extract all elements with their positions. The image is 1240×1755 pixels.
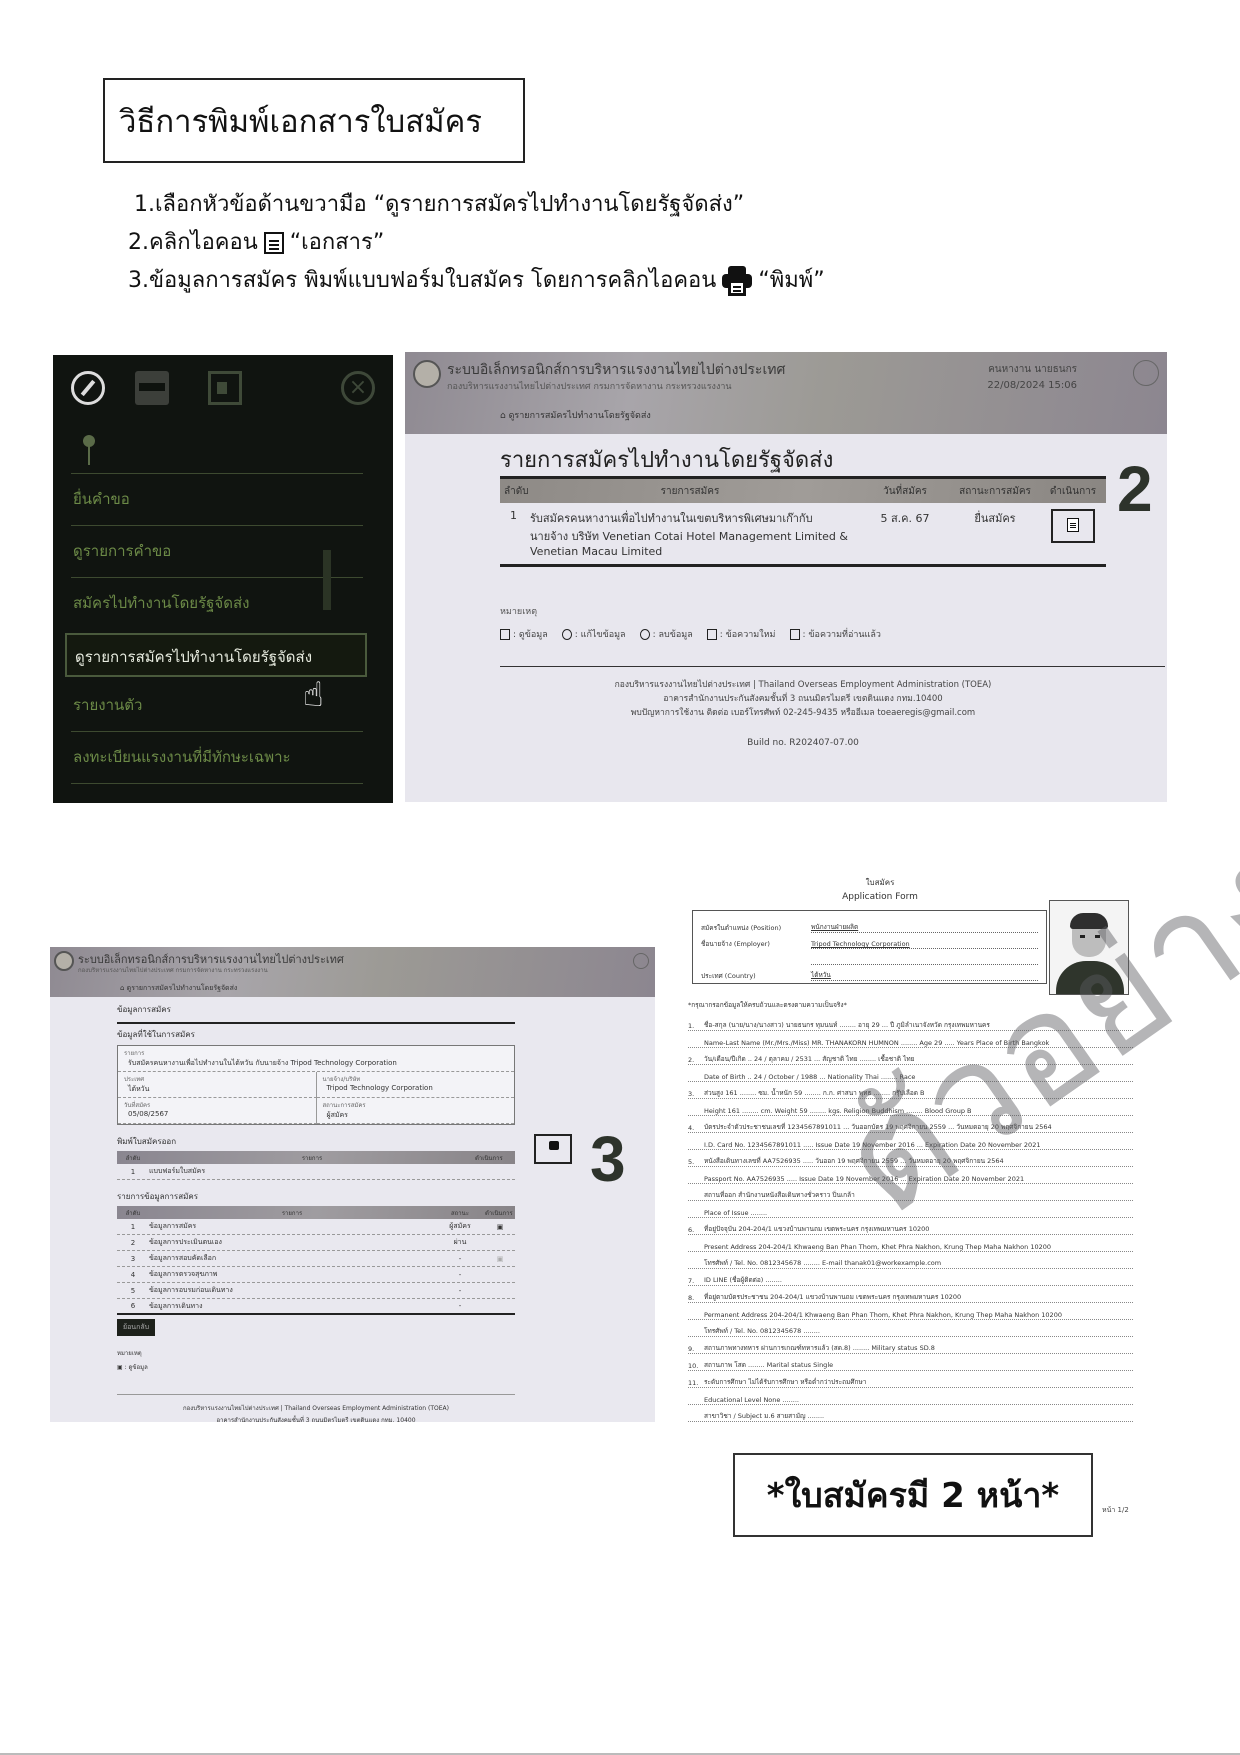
step-1-text: 1.เลือกหัวข้อด้านขวามือ “ดูรายการสมัครไป… (134, 186, 744, 224)
header-banner: ระบบอิเล็กทรอนิกส์การบริหารแรงงานไทยไปต่… (405, 352, 1167, 434)
page-indicator: หน้า 1/2 (1102, 1505, 1129, 1516)
applicant-photo (1049, 900, 1129, 995)
step-marker-3: 3 (590, 1122, 626, 1196)
table-row: 4ข้อมูลการตรวจสุขภาพ- (117, 1267, 515, 1283)
step-1: 1.เลือกหัวข้อด้านขวามือ “ดูรายการสมัครไป… (128, 186, 825, 224)
form-lines: 1.ชื่อ-สกุล (นาย/นาง/นางสาว) นายธนกร ทุม… (688, 1014, 1133, 1422)
apply-info-box: รายการรับสมัครคนหางานเพื่อไปทำงานในไต้หว… (117, 1045, 515, 1125)
step-3-prefix: 3.ข้อมูลการสมัคร พิมพ์แบบฟอร์มใบสมัคร โด… (128, 262, 716, 300)
inbox-icon[interactable] (135, 371, 169, 405)
new-message-icon (707, 629, 717, 640)
print-button[interactable] (534, 1134, 572, 1164)
table-row: 1ข้อมูลการสมัครผู้สมัคร▣ (117, 1219, 515, 1235)
form-title-en: Application Form (680, 892, 1080, 902)
form-line: 4.บัตรประจำตัวประชาชนเลขที่ 123456789101… (688, 1116, 1133, 1133)
sidebar-item-view-applications[interactable]: ดูรายการสมัครไปทำงานโดยรัฐจัดส่ง (65, 633, 367, 677)
apply-section-title: ข้อมูลที่ใช้ในการสมัคร (117, 1028, 515, 1041)
read-message-icon (790, 629, 800, 640)
form-line: โทรศัพท์ / Tel. No. 0812345678 ........ (688, 1320, 1133, 1337)
legend-label: หมายเหตุ (500, 604, 537, 618)
footer-line-1: กองบริหารแรงงานไทยไปต่างประเทศ | Thailan… (500, 678, 1106, 692)
table-row: 6ข้อมูลการเดินทาง- (117, 1299, 515, 1315)
sidebar-item-view-requests[interactable]: ดูรายการคำขอ (73, 539, 171, 563)
sidebar-item-submit-request[interactable]: ยื่นคำขอ (73, 487, 130, 511)
form-line: I.D. Card No. 1234567891011 ..... Issue … (688, 1133, 1133, 1150)
sidebar-item-apply-state[interactable]: สมัครไปทำงานโดยรัฐจัดส่ง (73, 591, 249, 615)
print-section-title: พิมพ์ใบสมัครออก (117, 1135, 515, 1148)
form-line: 2.วัน/เดือน/ปีเกิด .. 24 / ตุลาคม / 2531… (688, 1048, 1133, 1065)
applications-table: ลำดับ รายการสมัคร วันที่สมัคร สถานะการสม… (500, 476, 1106, 567)
ministry-logo (413, 360, 441, 388)
form-line: โทรศัพท์ / Tel. No. 0812345678 ........ … (688, 1252, 1133, 1269)
system-title: ระบบอิเล็กทรอนิกส์การบริหารแรงงานไทยไปต่… (447, 359, 785, 381)
document-icon (264, 232, 284, 254)
build-number: Build no. R202407-07.00 (500, 738, 1106, 748)
form-line: Educational Level None ........ (688, 1388, 1133, 1405)
compass-icon[interactable] (71, 371, 105, 405)
close-icon[interactable]: × (341, 371, 375, 405)
application-form-preview: ใบสมัคร Application Form สมัครในตำแหน่ง … (680, 870, 1140, 1480)
table-header: ลำดับ รายการสมัคร วันที่สมัคร สถานะการสม… (500, 479, 1106, 503)
table-row: 2ข้อมูลการประเมินตนเองผ่าน (117, 1235, 515, 1251)
form-line: 6.ที่อยู่ปัจจุบัน 204-204/1 แขวงบ้านพานถ… (688, 1218, 1133, 1235)
user-name: คนหางาน นายธนกร (988, 362, 1077, 377)
breadcrumb[interactable]: ⌂ ดูรายการสมัครไปทำงานโดยรัฐจัดส่ง (120, 983, 237, 994)
sidebar-item-skilled-registration[interactable]: ลงทะเบียนแรงงานที่มีทักษะเฉพาะ (73, 745, 291, 769)
table-row: 3ข้อมูลการสอบคัดเลือก-▣ (117, 1251, 515, 1267)
sidebar-screenshot: × ยื่นคำขอ ดูรายการคำขอ สมัครไปทำงานโดยร… (53, 355, 393, 803)
id-card-icon[interactable] (208, 371, 242, 405)
pages-note: *ใบสมัครมี 2 หน้า* (733, 1453, 1093, 1537)
view-icon: ▣ (117, 1364, 123, 1371)
step-3-suffix: “พิมพ์” (758, 262, 824, 300)
step-3: 3.ข้อมูลการสมัคร พิมพ์แบบฟอร์มใบสมัคร โด… (128, 262, 825, 300)
form-line: Height 161 ........ cm. Weight 59 ......… (688, 1099, 1133, 1116)
delete-icon (640, 629, 650, 640)
form-header-box: สมัครในตำแหน่ง (Position)พนักงานฝ่ายผลิต… (692, 910, 1047, 984)
sidebar-item-report[interactable]: รายงานตัว (73, 693, 142, 717)
table-row: 1 รับสมัครคนหางานเพื่อไปทำงานในเขตบริหาร… (500, 503, 1106, 567)
logout-icon[interactable] (633, 953, 649, 969)
form-line: Permanent Address 204-204/1 Khwaeng Ban … (688, 1303, 1133, 1320)
logout-icon[interactable] (1133, 360, 1159, 386)
form-line: Present Address 204-204/1 Khwaeng Ban Ph… (688, 1235, 1133, 1252)
form-line: 3.ส่วนสูง 161 ........ ซม. น้ำหนัก 59 ..… (688, 1082, 1133, 1099)
printer-icon (549, 1141, 559, 1150)
instruction-steps: 1.เลือกหัวข้อด้านขวามือ “ดูรายการสมัครไป… (140, 186, 825, 300)
form-line: Passport No. AA7526935 ..... Issue Date … (688, 1167, 1133, 1184)
step-marker-2: 2 (1117, 452, 1153, 526)
print-row: 1แบบฟอร์มใบสมัคร (117, 1164, 515, 1180)
system-subtitle: กองบริหารแรงงานไทยไปต่างประเทศ กรมการจัด… (447, 379, 732, 393)
document-button[interactable] (1051, 509, 1095, 543)
edit-icon (562, 629, 572, 640)
form-line: Place of Issue ........ (688, 1201, 1133, 1218)
form-line: 9.สถานภาพทางทหาร ผ่านการเกณฑ์ทหารแล้ว (ส… (688, 1337, 1133, 1354)
form-note: *กรุณากรอกข้อมูลให้ครบถ้วนและตรงตามความเ… (688, 1000, 847, 1010)
view-icon[interactable]: ▣ (485, 1255, 515, 1263)
form-line: Date of Birth .. 24 / October / 1988 ...… (688, 1065, 1133, 1082)
form-line: 11.ระดับการศึกษา ไม่ได้รับการศึกษา หรือต… (688, 1371, 1133, 1388)
step-2-suffix: “เอกสาร” (290, 224, 384, 262)
step-2: 2.คลิกไอคอน “เอกสาร” (128, 224, 825, 262)
document-icon (1067, 518, 1079, 532)
printer-icon (722, 266, 752, 296)
scrollbar[interactable] (323, 550, 331, 610)
pointer-hand-icon: ☝ (303, 675, 324, 715)
form-line: Name-Last Name (Mr./Mrs./Miss) MR. THANA… (688, 1031, 1133, 1048)
form-line: 1.ชื่อ-สกุล (นาย/นาง/นางสาว) นายธนกร ทุม… (688, 1014, 1133, 1031)
form-title-th: ใบสมัคร (680, 876, 1080, 889)
form-line: 10.สถานภาพ โสด ........ Marital status S… (688, 1354, 1133, 1371)
form-line: 8.ที่อยู่ตามบัตรประชาชน 204-204/1 แขวงบ้… (688, 1286, 1133, 1303)
datetime: 22/08/2024 15:06 (987, 380, 1077, 391)
form-line: 7.ID LINE (ชื่อผู้ติดต่อ) ........ (688, 1269, 1133, 1286)
header-banner: ระบบอิเล็กทรอนิกส์การบริหารแรงงานไทยไปต่… (50, 947, 655, 997)
footer-line-3: พบปัญหาการใช้งาน ติดต่อ เบอร์โทรศัพท์ 02… (500, 706, 1106, 720)
back-button[interactable]: ย้อนกลับ (117, 1319, 155, 1336)
table-row: 5ข้อมูลการอบรมก่อนเดินทาง- (117, 1283, 515, 1299)
step-2-prefix: 2.คลิกไอคอน (128, 224, 258, 262)
footer-line-2: อาคารสำนักงานประกันสังคมชั้นที่ 3 ถนนมิต… (500, 692, 1106, 706)
icon-legend: : ดูข้อมูล : แก้ไขข้อมูล : ลบข้อมูล : ข้… (500, 627, 881, 641)
view-icon[interactable]: ▣ (485, 1223, 515, 1231)
ministry-logo (54, 951, 74, 971)
form-line: สาขาวิชา / Subject ม.6 สายสามัญ ........ (688, 1405, 1133, 1422)
page-title: วิธีการพิมพ์เอกสารใบสมัคร (103, 78, 525, 163)
application-detail-screenshot: ระบบอิเล็กทรอนิกส์การบริหารแรงงานไทยไปต่… (50, 947, 655, 1422)
data-section-title: รายการข้อมูลการสมัคร (117, 1190, 515, 1203)
form-line: สถานที่ออก สำนักงานหนังสือเดินทางชั่วครา… (688, 1184, 1133, 1201)
form-line: 5.หนังสือเดินทางเลขที่ AA7526935 ..... ว… (688, 1150, 1133, 1167)
detail-heading: ข้อมูลการสมัคร (117, 1003, 515, 1016)
breadcrumb[interactable]: ⌂ ดูรายการสมัครไปทำงานโดยรัฐจัดส่ง (500, 408, 651, 422)
view-icon (500, 629, 510, 640)
list-heading: รายการสมัครไปทำงานโดยรัฐจัดส่ง (500, 442, 833, 477)
application-list-screenshot: ระบบอิเล็กทรอนิกส์การบริหารแรงงานไทยไปต่… (405, 352, 1167, 802)
note-label: หมายเหตุ (117, 1348, 515, 1358)
